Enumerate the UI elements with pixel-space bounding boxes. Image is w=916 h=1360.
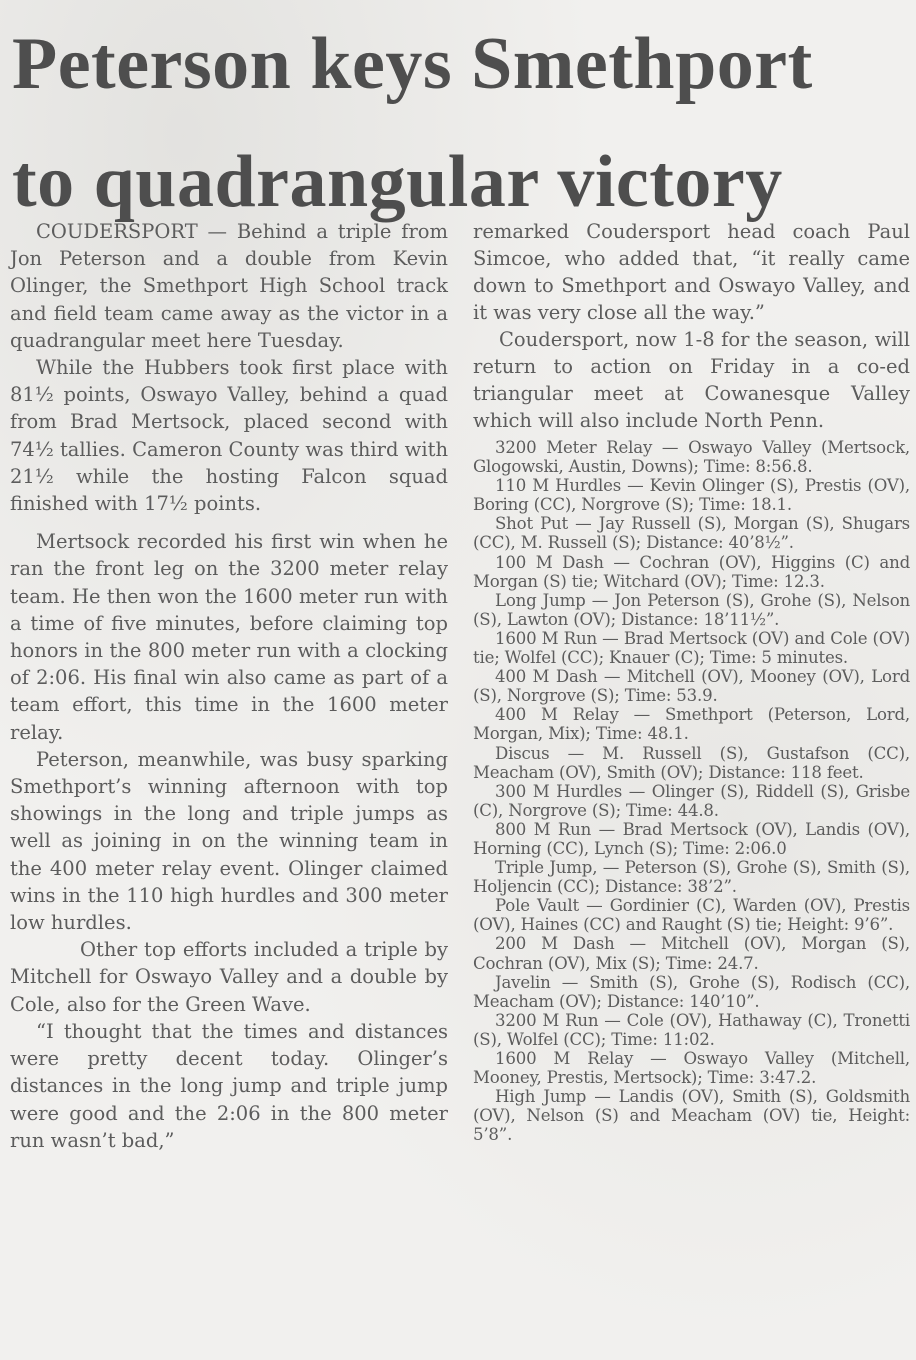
result-entry: 3200 Meter Relay — Oswayo Valley (Mertso…	[473, 438, 910, 476]
result-entry: 300 M Hurdles — Olinger (S), Riddell (S)…	[473, 782, 910, 820]
result-entry: 400 M Relay — Smethport (Peterson, Lord,…	[473, 705, 910, 743]
headline-line-2: to quadrangular victory	[12, 132, 912, 232]
article-paragraph: Mertsock recorded his first win when he …	[10, 528, 448, 746]
result-entry: 200 M Dash — Mitchell (OV), Morgan (S), …	[473, 934, 910, 972]
result-entry: 3200 M Run — Cole (OV), Hathaway (C), Tr…	[473, 1011, 910, 1049]
result-entry: Pole Vault — Gordinier (C), Warden (OV),…	[473, 896, 910, 934]
result-entry: 400 M Dash — Mitchell (OV), Mooney (OV),…	[473, 667, 910, 705]
article-continuation: remarked Coudersport head coach Paul Sim…	[473, 218, 910, 434]
result-entry: 1600 M Run — Brad Mertsock (OV) and Cole…	[473, 629, 910, 667]
result-entry: Long Jump — Jon Peterson (S), Grohe (S),…	[473, 591, 910, 629]
left-column: COUDERSPORT — Behind a triple from Jon P…	[10, 218, 448, 1154]
article-paragraph: “I thought that the times and distances …	[10, 1018, 448, 1154]
headline-line-1: Peterson keys Smethport	[12, 14, 912, 114]
article-paragraph: Peterson, meanwhile, was busy sparking S…	[10, 746, 448, 936]
result-entry: Shot Put — Jay Russell (S), Morgan (S), …	[473, 514, 910, 552]
result-entry: 110 M Hurdles — Kevin Olinger (S), Prest…	[473, 476, 910, 514]
newspaper-clipping: Peterson keys Smethport to quadrangular …	[0, 0, 916, 1360]
article-paragraph: Other top efforts included a triple by M…	[10, 936, 448, 1018]
article-paragraph: COUDERSPORT — Behind a triple from Jon P…	[10, 218, 448, 354]
result-entry: Triple Jump, — Peterson (S), Grohe (S), …	[473, 858, 910, 896]
result-entry: Discus — M. Russell (S), Gustafson (CC),…	[473, 744, 910, 782]
right-column: remarked Coudersport head coach Paul Sim…	[473, 218, 910, 1144]
article-paragraph: remarked Coudersport head coach Paul Sim…	[473, 218, 910, 326]
result-entry: High Jump — Landis (OV), Smith (S), Gold…	[473, 1087, 910, 1144]
result-entry: 1600 M Relay — Oswayo Valley (Mitchell, …	[473, 1049, 910, 1087]
headline: Peterson keys Smethport to quadrangular …	[12, 14, 912, 232]
result-entry: 100 M Dash — Cochran (OV), Higgins (C) a…	[473, 553, 910, 591]
result-entry: Javelin — Smith (S), Grohe (S), Rodisch …	[473, 973, 910, 1011]
result-entry: 800 M Run — Brad Mertsock (OV), Landis (…	[473, 820, 910, 858]
article-paragraph: While the Hubbers took first place with …	[10, 354, 448, 517]
meet-results: 3200 Meter Relay — Oswayo Valley (Mertso…	[473, 438, 910, 1144]
article-paragraph: Coudersport, now 1-8 for the season, wil…	[473, 326, 910, 434]
